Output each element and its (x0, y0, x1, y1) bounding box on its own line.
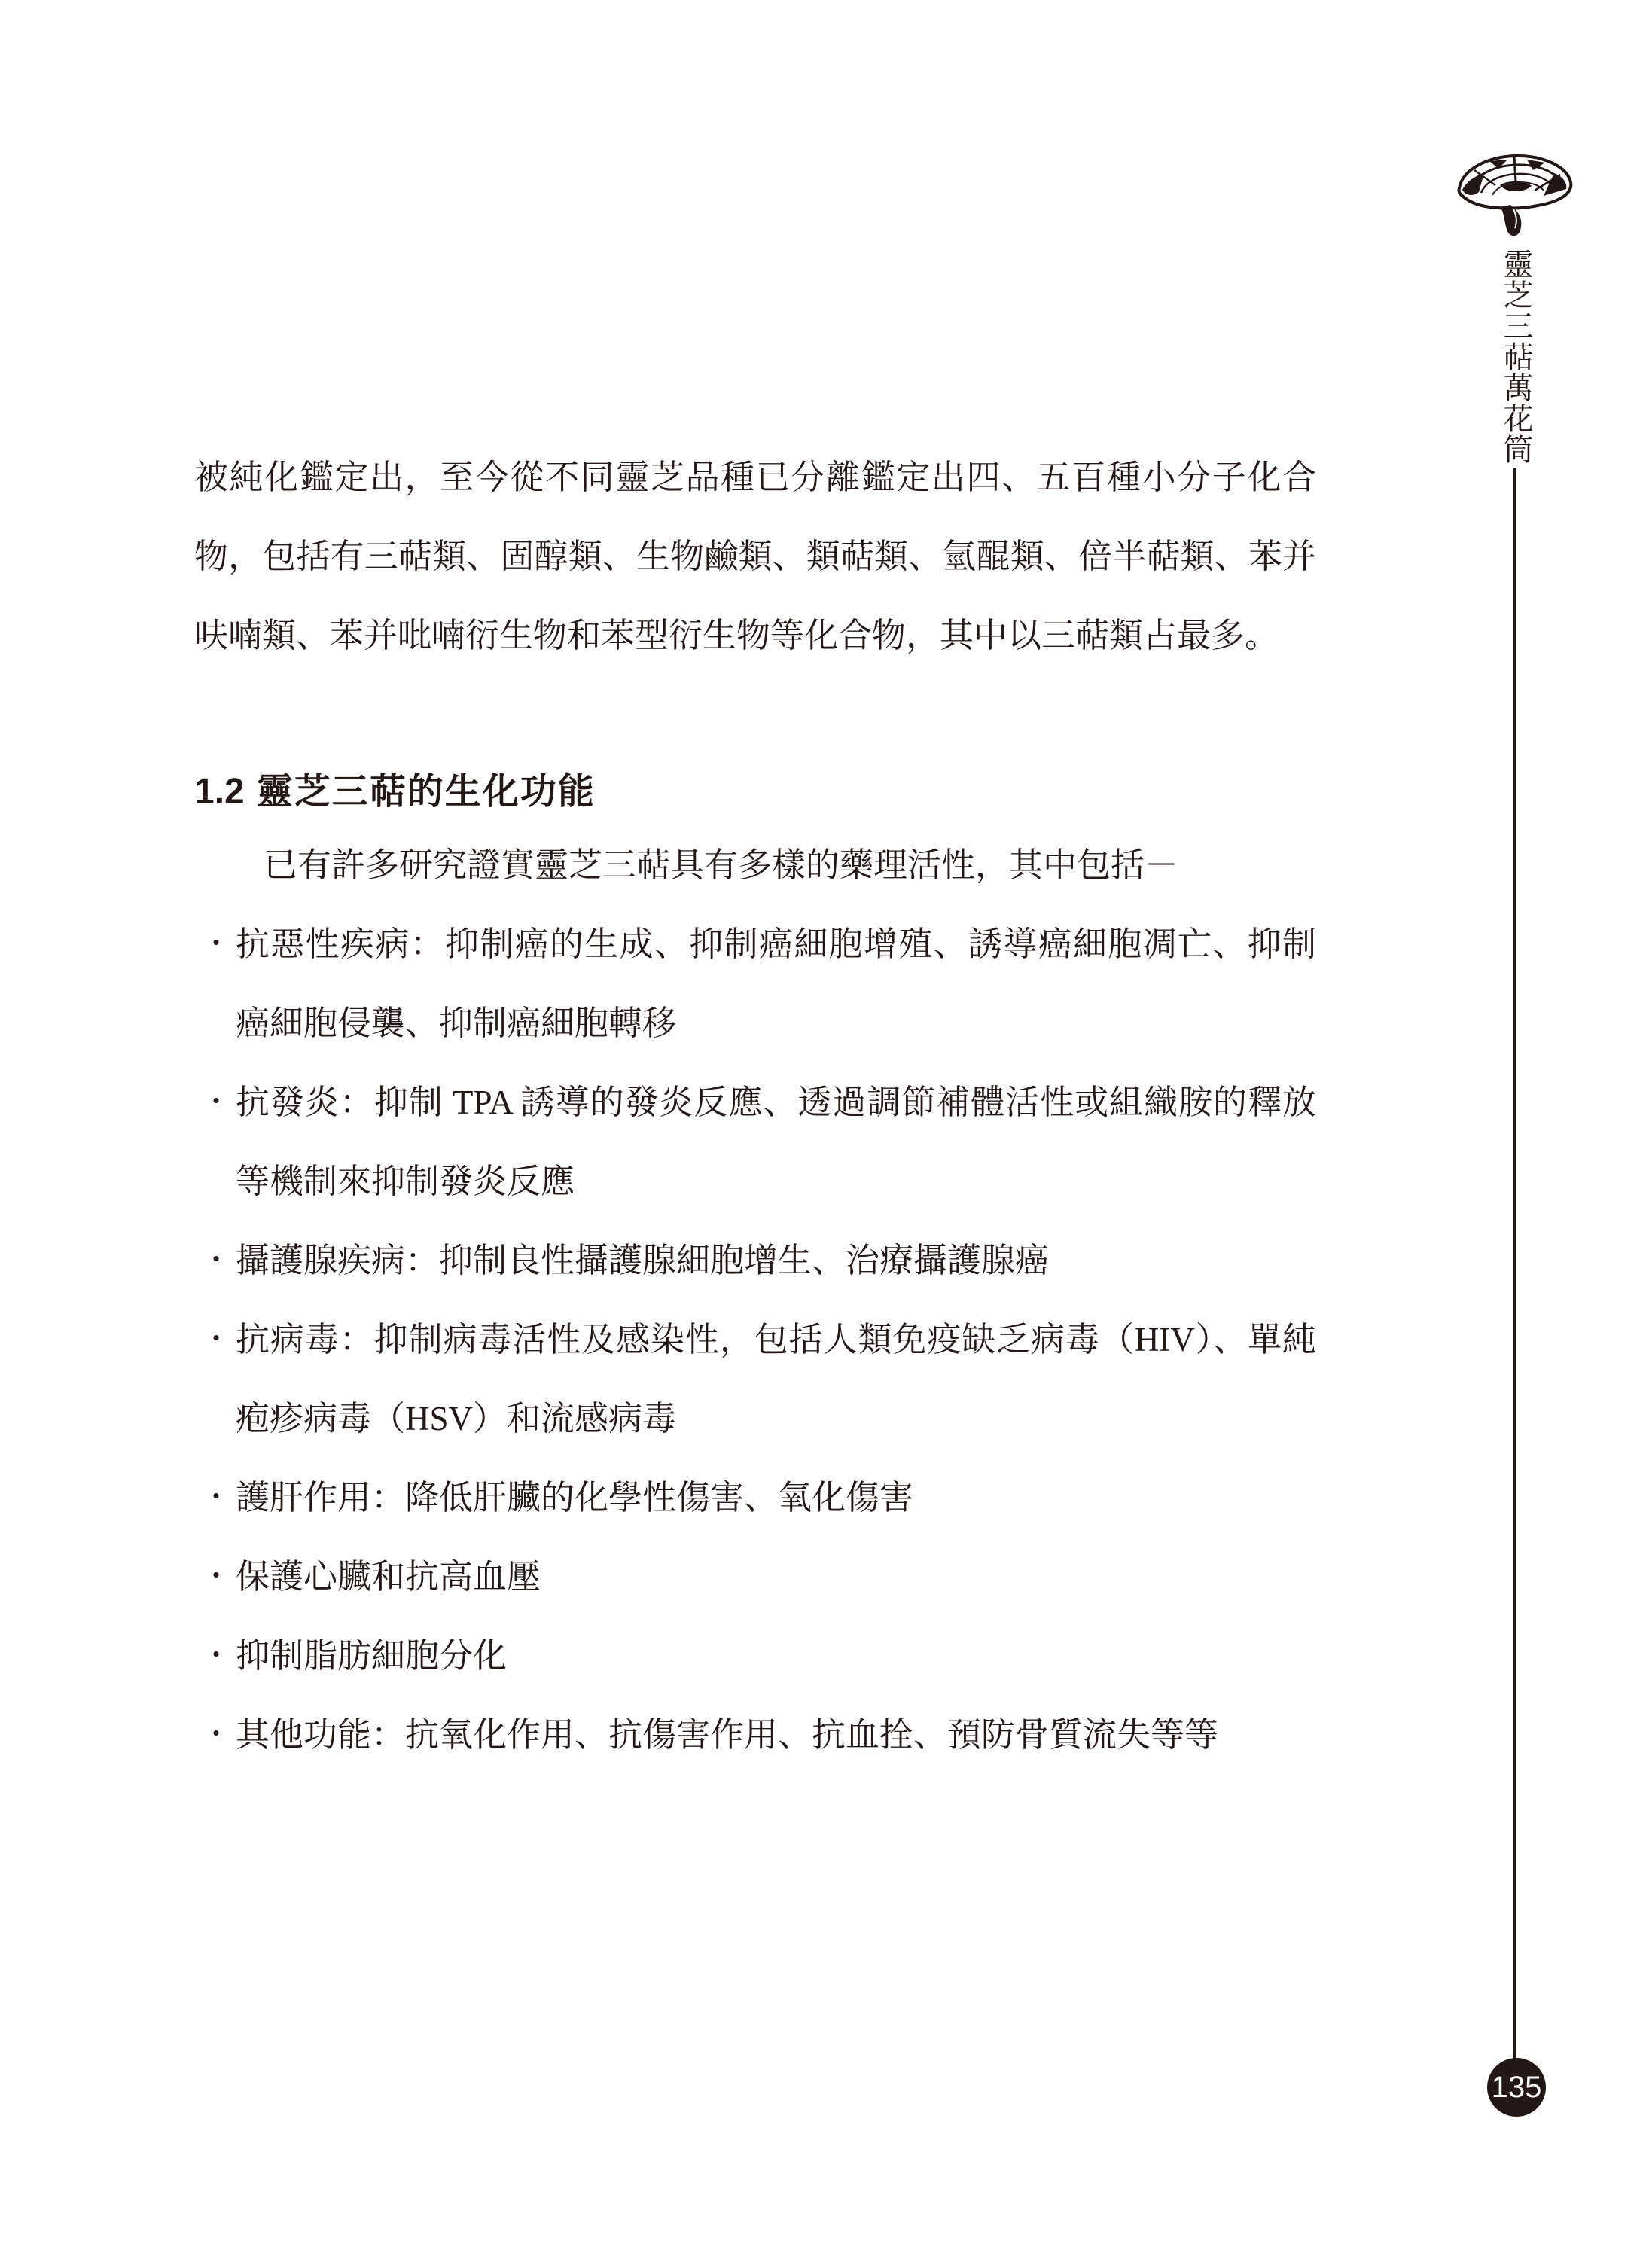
book-title-vertical: 靈芝三萜萬花筒 (1499, 248, 1532, 465)
book-page: 被純化鑑定出，至今從不同靈芝品種已分離鑑定出四、五百種小分子化合物，包括有三萜類… (0, 0, 1646, 2268)
list-item-text: 攝護腺疾病：抑制良性攝護腺細胞增生、治療攝護腺癌 (236, 1242, 1049, 1279)
list-item-text: 護肝作用：降低肝臟的化學性傷害、氧化傷害 (236, 1479, 913, 1517)
bullet-dot-icon: ・ (202, 1538, 230, 1617)
list-item-text: 抗惡性疾病：抑制癌的生成、抑制癌細胞增殖、誘導癌細胞凋亡、抑制癌細胞侵襲、抑制癌… (236, 925, 1316, 1042)
list-item-text: 抗病毒：抑制病毒活性及感染性，包括人類免疫缺乏病毒（HIV）、單純疱疹病毒（HS… (236, 1321, 1316, 1437)
list-item: ・ 抗病毒：抑制病毒活性及感染性，包括人類免疫缺乏病毒（HIV）、單純疱疹病毒（… (194, 1300, 1316, 1459)
vertical-rule (1513, 468, 1516, 2058)
bullet-dot-icon: ・ (202, 1696, 230, 1775)
list-item-text: 其他功能：抗氧化作用、抗傷害作用、抗血拴、預防骨質流失等等 (236, 1716, 1218, 1754)
section-heading: 1.2靈芝三萜的生化功能 (194, 771, 1316, 813)
section-number: 1.2 (194, 772, 245, 812)
list-item: ・ 其他功能：抗氧化作用、抗傷害作用、抗血拴、預防骨質流失等等 (194, 1696, 1316, 1775)
list-item-text: 保護心臟和抗高血壓 (236, 1558, 541, 1596)
intro-line: 已有許多研究證實靈芝三萜具有多樣的藥理活性，其中包括－ (194, 826, 1316, 905)
body-paragraph: 被純化鑑定出，至今從不同靈芝品種已分離鑑定出四、五百種小分子化合物，包括有三萜類… (194, 438, 1316, 675)
list-item-text: 抗發炎：抑制 TPA 誘導的發炎反應、透過調節補體活性或組織胺的釋放等機制來抑制… (236, 1084, 1316, 1200)
bullet-dot-icon: ・ (202, 1617, 230, 1696)
list-item-text: 抑制脂肪細胞分化 (236, 1637, 507, 1675)
bullet-dot-icon: ・ (202, 1221, 230, 1300)
list-item: ・ 抗發炎：抑制 TPA 誘導的發炎反應、透過調節補體活性或組織胺的釋放等機制來… (194, 1063, 1316, 1221)
main-text-column: 被純化鑑定出，至今從不同靈芝品種已分離鑑定出四、五百種小分子化合物，包括有三萜類… (194, 438, 1316, 1775)
bullet-dot-icon: ・ (202, 1300, 230, 1379)
bullet-dot-icon: ・ (202, 1063, 230, 1142)
bullet-dot-icon: ・ (202, 1459, 230, 1538)
list-item: ・ 保護心臟和抗高血壓 (194, 1538, 1316, 1617)
section-title: 靈芝三萜的生化功能 (257, 772, 596, 812)
lingzhi-mushroom-icon (1449, 151, 1578, 241)
bullet-list: ・ 抗惡性疾病：抑制癌的生成、抑制癌細胞增殖、誘導癌細胞凋亡、抑制癌細胞侵襲、抑… (194, 905, 1316, 1775)
list-item: ・ 抗惡性疾病：抑制癌的生成、抑制癌細胞增殖、誘導癌細胞凋亡、抑制癌細胞侵襲、抑… (194, 905, 1316, 1063)
bullet-dot-icon: ・ (202, 905, 230, 984)
page-number-badge: 135 (1487, 2058, 1546, 2117)
list-item: ・ 攝護腺疾病：抑制良性攝護腺細胞增生、治療攝護腺癌 (194, 1221, 1316, 1300)
list-item: ・ 護肝作用：降低肝臟的化學性傷害、氧化傷害 (194, 1459, 1316, 1538)
list-item: ・ 抑制脂肪細胞分化 (194, 1617, 1316, 1696)
